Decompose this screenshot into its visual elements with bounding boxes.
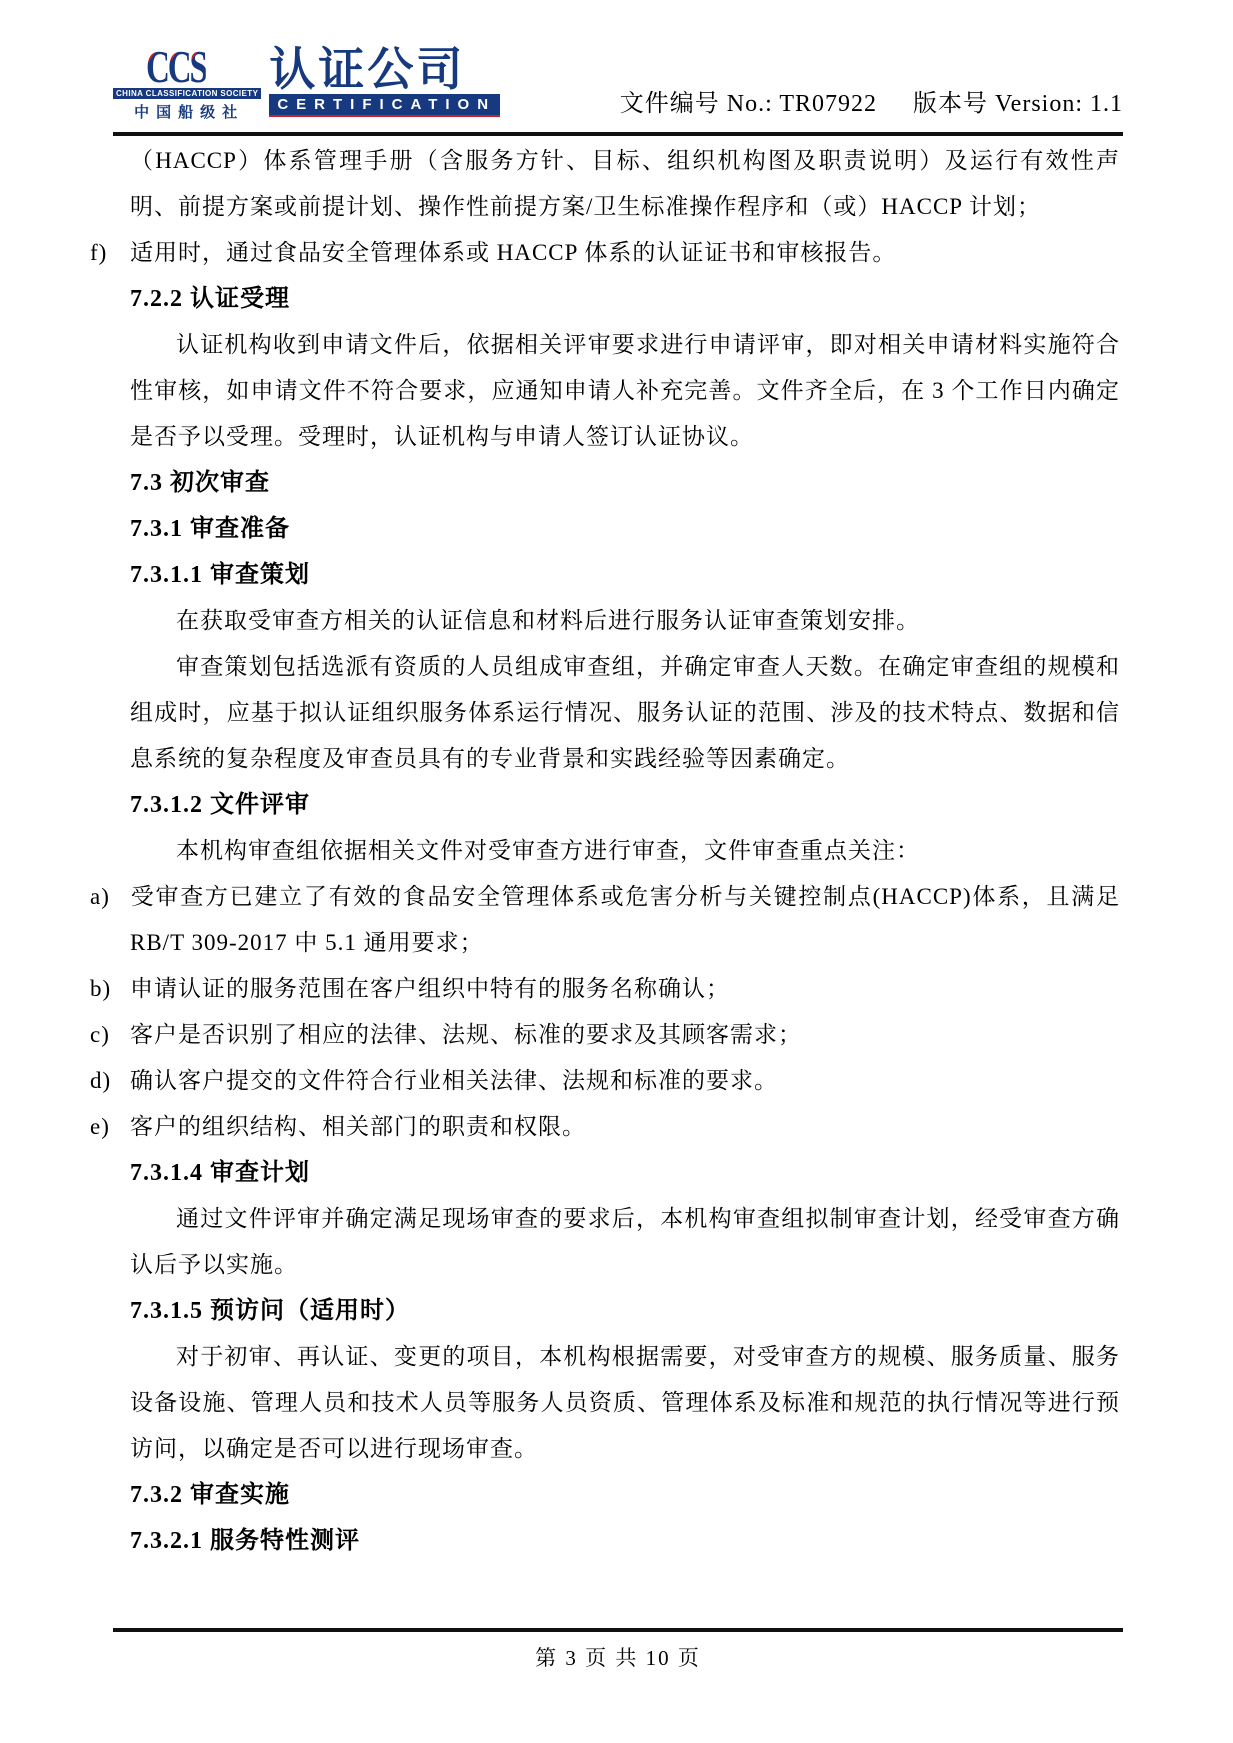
paragraph: 认证机构收到申请文件后，依据相关评审要求进行申请评审，即对相关申请材料实施符合性… [130,322,1120,460]
section-heading-7-3-2-1: 7.3.2.1 服务特性测评 [130,1518,1120,1564]
document-meta: 文件编号 No.: TR07922版本号 Version: 1.1 [620,83,1123,122]
list-marker: f) [90,230,130,276]
paragraph: 对于初审、再认证、变更的项目，本机构根据需要，对受审查方的规模、服务质量、服务设… [130,1334,1120,1472]
list-item-text: 申请认证的服务范围在客户组织中特有的服务名称确认； [130,976,730,1001]
page-footer: 第 3 页 共 10 页 [113,1628,1123,1672]
list-item-text: 确认客户提交的文件符合行业相关法律、法规和标准的要求。 [130,1068,778,1093]
paragraph: 本机构审查组依据相关文件对受审查方进行审查，文件审查重点关注： [130,828,1120,874]
section-heading-7-3-1-1: 7.3.1.1 审查策划 [130,552,1120,598]
society-name-cn: 中国船级社 [130,101,244,122]
list-item-text: 客户的组织结构、相关部门的职责和权限。 [130,1114,586,1139]
section-heading-7-3-2: 7.3.2 审查实施 [130,1472,1120,1518]
document-number: 文件编号 No.: TR07922 [620,91,877,117]
certification-banner: CERTIFICATION [269,94,500,117]
section-heading-7-2-2: 7.2.2 认证受理 [130,276,1120,322]
list-item-e: e)客户的组织结构、相关部门的职责和权限。 [130,1104,1120,1150]
list-item-a: a)受审查方已建立了有效的食品安全管理体系或危害分析与关键控制点(HACCP)体… [130,874,1120,966]
list-marker: b) [90,966,130,1012]
list-item-c: c)客户是否识别了相应的法律、法规、标准的要求及其顾客需求； [130,1012,1120,1058]
page-header: CCS CHINA CLASSIFICATION SOCIETY 中国船级社 认… [113,48,1123,136]
ccs-logo-letters: CCS [146,48,206,86]
list-item-text: 客户是否识别了相应的法律、法规、标准的要求及其顾客需求； [130,1022,802,1047]
ccs-logo-right: 认证公司 CERTIFICATION [269,48,500,117]
list-item-text: 适用时，通过食品安全管理体系或 HACCP 体系的认证证书和审核报告。 [130,240,896,265]
list-marker: c) [90,1012,130,1058]
list-item-d: d)确认客户提交的文件符合行业相关法律、法规和标准的要求。 [130,1058,1120,1104]
section-heading-7-3-1-4: 7.3.1.4 审查计划 [130,1150,1120,1196]
document-page: CCS CHINA CLASSIFICATION SOCIETY 中国船级社 认… [0,0,1233,1743]
list-item-text: 受审查方已建立了有效的食品安全管理体系或危害分析与关键控制点(HACCP)体系，… [130,884,1120,955]
page-number: 第 3 页 共 10 页 [535,1646,701,1670]
list-item-continuation: （HACCP）体系管理手册（含服务方针、目标、组织机构图及职责说明）及运行有效性… [130,138,1120,230]
paragraph: 在获取受审查方相关的认证信息和材料后进行服务认证审查策划安排。 [130,598,1120,644]
document-body: （HACCP）体系管理手册（含服务方针、目标、组织机构图及职责说明）及运行有效性… [130,138,1120,1564]
document-version: 版本号 Version: 1.1 [913,91,1123,117]
list-item-f: f)适用时，通过食品安全管理体系或 HACCP 体系的认证证书和审核报告。 [130,230,1120,276]
ccs-logo: CCS CHINA CLASSIFICATION SOCIETY 中国船级社 认… [113,48,500,122]
section-heading-7-3-1: 7.3.1 审查准备 [130,506,1120,552]
section-heading-7-3: 7.3 初次审查 [130,460,1120,506]
section-heading-7-3-1-5: 7.3.1.5 预访问（适用时） [130,1288,1120,1334]
section-heading-7-3-1-2: 7.3.1.2 文件评审 [130,782,1120,828]
paragraph: 审查策划包括选派有资质的人员组成审查组，并确定审查人天数。在确定审查组的规模和组… [130,644,1120,782]
company-name-cn: 认证公司 [269,48,500,92]
list-item-b: b)申请认证的服务范围在客户组织中特有的服务名称确认； [130,966,1120,1012]
list-marker: e) [90,1104,130,1150]
list-marker: d) [90,1058,130,1104]
list-marker: a) [90,874,130,920]
ccs-logo-left: CCS CHINA CLASSIFICATION SOCIETY 中国船级社 [113,48,261,122]
paragraph: 通过文件评审并确定满足现场审查的要求后，本机构审查组拟制审查计划，经受审查方确认… [130,1196,1120,1288]
